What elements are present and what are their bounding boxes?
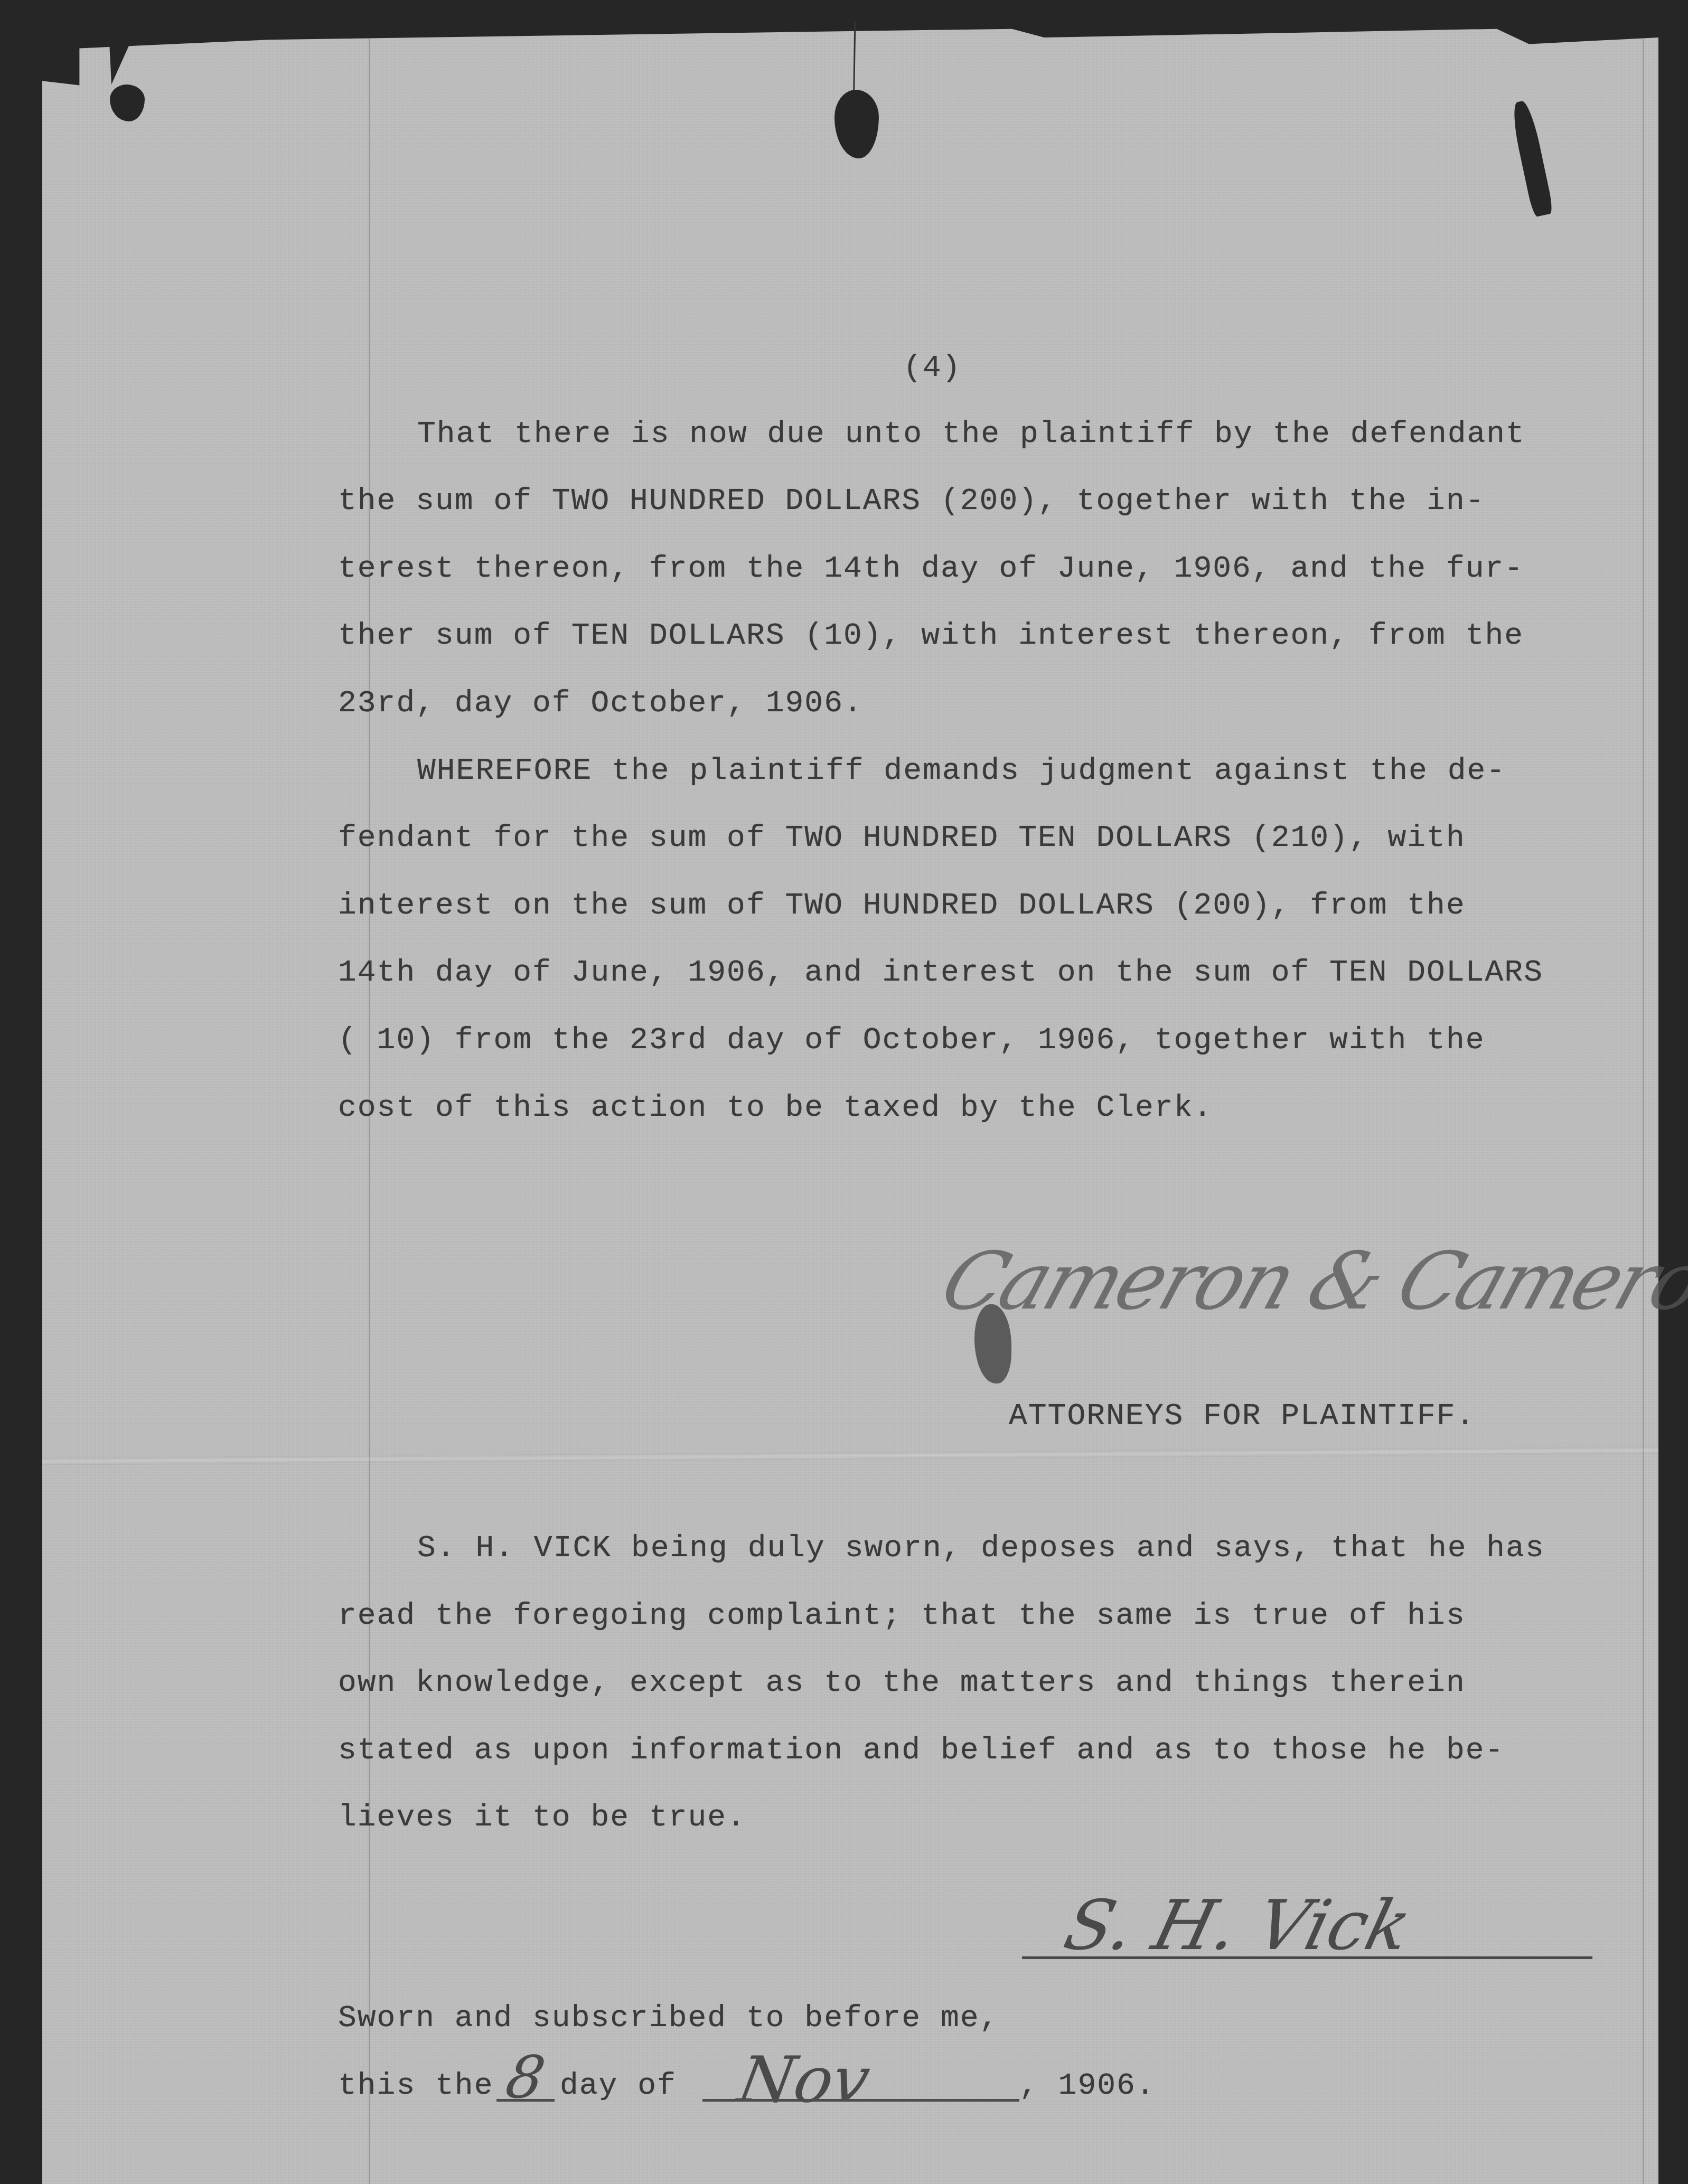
jurat-year: , 1906. [1019,2069,1156,2103]
right-margin-rule [1643,16,1644,2184]
complaint-para2-line4: 14th day of June, 1906, and interest on … [338,956,1543,990]
complaint-para2-line5: ( 10) from the 23rd day of October, 1906… [338,1023,1485,1058]
page-number: (4) [903,351,961,385]
complaint-para2-line6: cost of this action to be taxed by the C… [338,1091,1213,1125]
complaint-para2-line3: interest on the sum of TWO HUNDRED DOLLA… [338,889,1466,923]
jurat-line1: Sworn and subscribed to before me, [338,2001,999,2036]
verification-line5: lieves it to be true. [338,1801,746,1835]
verification-line2: read the foregoing complaint; that the s… [338,1599,1466,1633]
vick-signature: S. H. Vick [1057,1885,1419,1965]
complaint-para1-line5: 23rd, day of October, 1906. [338,686,863,721]
day-blank-line [496,2099,555,2102]
verification-line4: stated as upon information and belief an… [338,1734,1504,1768]
jurat-day-of: day of [560,2069,677,2103]
signature-line [1022,1956,1592,1959]
jurat-month-handwritten: Nov [733,2044,876,2117]
complaint-para1-line1: That there is now due unto the plaintiff… [417,417,1525,451]
complaint-para1-line3: terest thereon, from the 14th day of Jun… [338,552,1524,586]
attorneys-signature: Cameron & Cameron [931,1236,1688,1328]
complaint-para1-line4: ther sum of TEN DOLLARS (10), with inter… [338,619,1524,653]
complaint-para2-line1: WHEREFORE the plaintiff demands judgment… [417,754,1506,788]
complaint-para2-line2: fendant for the sum of TWO HUNDRED TEN D… [338,821,1466,855]
verification-line1: S. H. VICK being duly sworn, deposes and… [417,1531,1545,1566]
attorneys-label: ATTORNEYS FOR PLAINTIFF. [1009,1399,1475,1434]
paper-fold-crease [42,1446,1658,1465]
month-blank-line [702,2099,1019,2102]
jurat-prefix: this the [338,2069,493,2103]
complaint-para1-line2: the sum of TWO HUNDRED DOLLARS (200), to… [338,484,1485,519]
verification-line3: own knowledge, except as to the matters … [338,1666,1466,1700]
